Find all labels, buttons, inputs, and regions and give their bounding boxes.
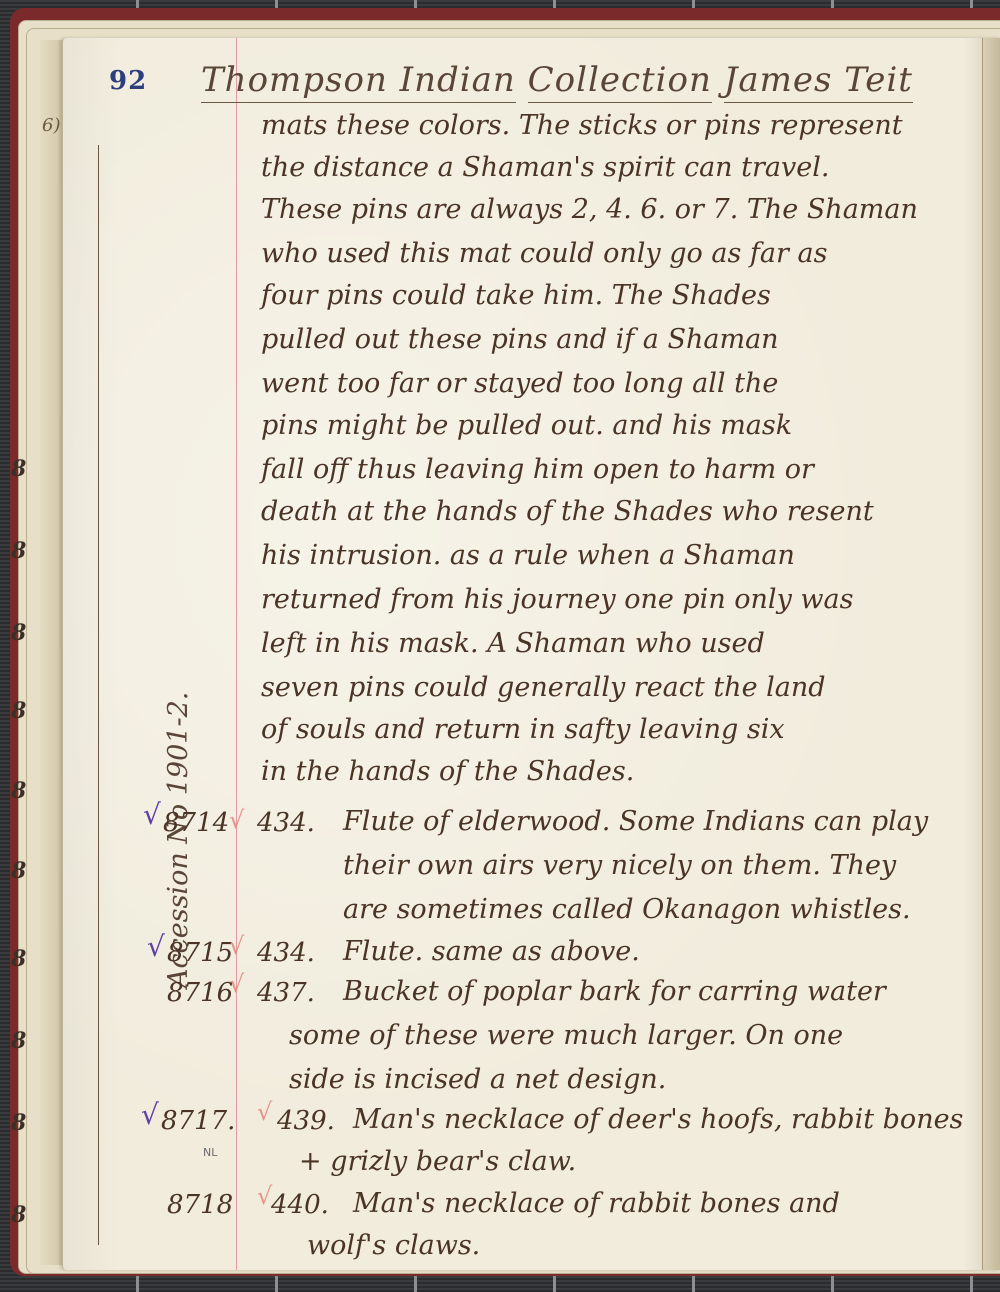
tab-mark: 8 bbox=[11, 538, 26, 564]
text-line: death at the hands of the Shades who res… bbox=[261, 496, 874, 527]
catalog-number: 8717. bbox=[161, 1106, 235, 1136]
text-line: left in his mask. A Shaman who used bbox=[261, 628, 765, 659]
check-mark-purple: √ bbox=[147, 930, 165, 963]
item-number: 440. bbox=[271, 1190, 329, 1220]
check-mark-red: √ bbox=[229, 932, 244, 960]
catalog-number: 8714 bbox=[163, 808, 229, 838]
text-line: pulled out these pins and if a Shaman bbox=[261, 324, 779, 355]
tab-mark: 8 bbox=[11, 620, 26, 646]
entry-line: are sometimes called Okanagon whistles. bbox=[343, 894, 911, 925]
entry-line: Bucket of poplar bark for carring water bbox=[343, 976, 886, 1007]
ink-margin-line bbox=[98, 145, 99, 1245]
text-line: of souls and return in safty leaving six bbox=[261, 714, 785, 745]
catalog-number: 8715 bbox=[167, 938, 233, 968]
text-line: returned from his journey one pin only w… bbox=[261, 584, 853, 615]
title-collection: Collection bbox=[528, 60, 712, 103]
catalog-number: 8718 bbox=[167, 1190, 233, 1220]
tab-mark: 8 bbox=[11, 858, 26, 884]
text-line: fall off thus leaving him open to harm o… bbox=[261, 454, 814, 485]
item-number: 434. bbox=[257, 808, 315, 838]
check-mark-purple: √ bbox=[141, 1098, 159, 1131]
text-line: went too far or stayed too long all the bbox=[261, 368, 778, 399]
item-number: 434. bbox=[257, 938, 315, 968]
entry-line: side is incised a net design. bbox=[289, 1064, 666, 1095]
check-mark-purple: √ bbox=[143, 798, 161, 831]
page-number: 92 bbox=[109, 66, 147, 96]
text-line: These pins are always 2, 4. 6. or 7. The… bbox=[261, 194, 918, 225]
entry-line: + grizly bear's claw. bbox=[299, 1146, 576, 1177]
page-title: Thompson Indian Collection James Teit bbox=[201, 60, 913, 100]
text-line: his intrusion. as a rule when a Shaman bbox=[261, 540, 795, 571]
text-line: mats these colors. The sticks or pins re… bbox=[261, 110, 903, 141]
text-line: pins might be pulled out. and his mask bbox=[261, 410, 792, 441]
text-line: who used this mat could only go as far a… bbox=[261, 238, 827, 269]
entry-line: some of these were much larger. On one bbox=[289, 1020, 843, 1051]
item-number: 439. bbox=[277, 1106, 335, 1136]
tab-mark: 8 bbox=[11, 1110, 26, 1136]
annotation-nl: NL bbox=[203, 1146, 217, 1159]
tab-mark: 8 bbox=[11, 1202, 26, 1228]
entry-line: Man's necklace of deer's hoofs, rabbit b… bbox=[353, 1104, 963, 1135]
tab-mark: 8 bbox=[11, 1028, 26, 1054]
ledger-page: 92 Thompson Indian Collection James Teit… bbox=[62, 38, 1000, 1270]
underlying-page-fragment: 6) bbox=[42, 115, 60, 136]
entry-line: their own airs very nicely on them. They bbox=[343, 850, 896, 881]
title-collector-group: Thompson Indian bbox=[201, 60, 516, 103]
text-line: seven pins could generally react the lan… bbox=[261, 672, 826, 703]
check-mark-red: √ bbox=[257, 1098, 272, 1126]
tab-mark: 8 bbox=[11, 456, 26, 482]
catalog-number: 8716 bbox=[167, 978, 233, 1008]
text-line: the distance a Shaman's spirit can trave… bbox=[261, 152, 829, 183]
check-mark-red: √ bbox=[229, 970, 244, 998]
tab-mark: 8 bbox=[11, 778, 26, 804]
entry-line: Flute. same as above. bbox=[343, 936, 640, 967]
tab-mark: 8 bbox=[11, 946, 26, 972]
check-mark-red: √ bbox=[229, 806, 244, 834]
tab-mark: 8 bbox=[11, 698, 26, 724]
entry-line: Man's necklace of rabbit bones and bbox=[353, 1188, 840, 1219]
title-collector-name: James Teit bbox=[724, 60, 913, 103]
entry-line: wolf's claws. bbox=[307, 1230, 480, 1261]
check-mark-red: √ bbox=[257, 1182, 272, 1210]
text-line: in the hands of the Shades. bbox=[261, 756, 634, 787]
entry-line: Flute of elderwood. Some Indians can pla… bbox=[343, 806, 928, 837]
red-margin-line bbox=[236, 38, 237, 1270]
page-right-edge bbox=[982, 38, 1000, 1270]
item-number: 437. bbox=[257, 978, 315, 1008]
text-line: four pins could take him. The Shades bbox=[261, 280, 771, 311]
